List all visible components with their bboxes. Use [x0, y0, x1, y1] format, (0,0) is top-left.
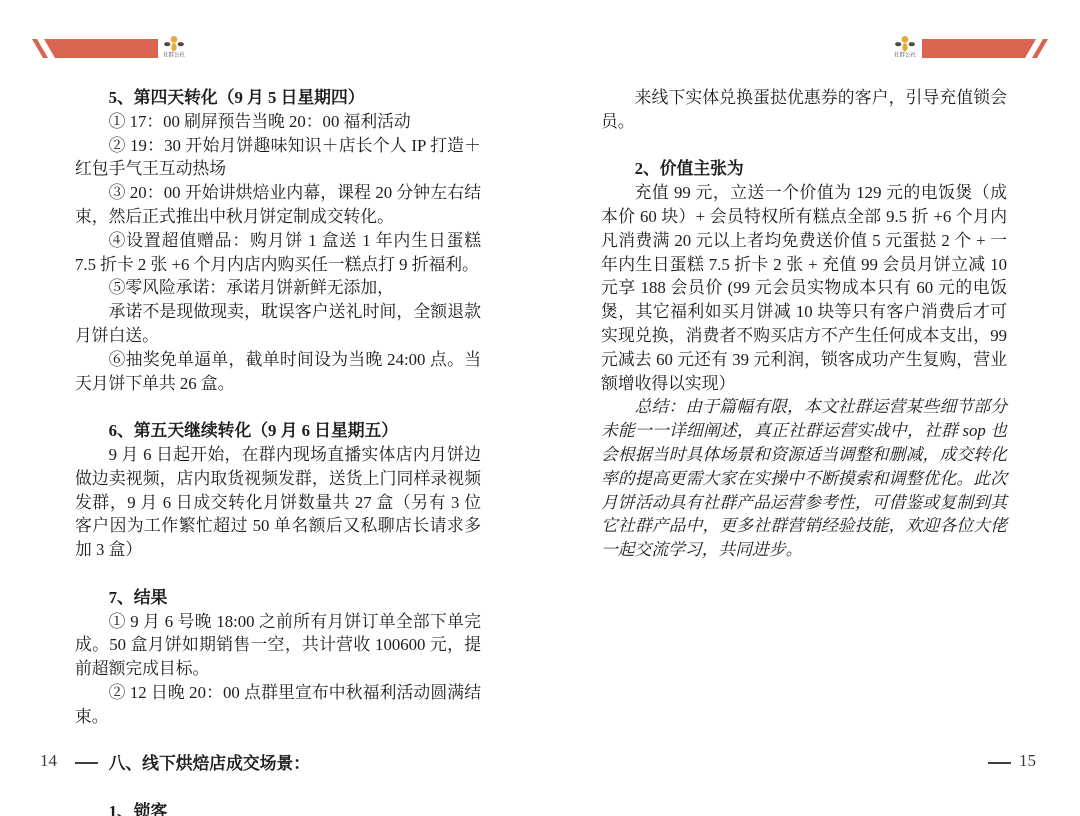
right-page-content: 来线下实体兑换蛋挞优惠券的客户，引导充值锁会员。2、价值主张为充值 99 元，立… — [601, 86, 1007, 562]
paragraph: ① 9 月 6 号晚 18:00 之前所有月饼订单全部下单完成。50 盒月饼如期… — [75, 610, 481, 681]
section-heading: 5、第四天转化（9 月 5 日星期四） — [75, 86, 481, 110]
paragraph: ⑤零风险承诺：承诺月饼新鲜无添加， — [75, 276, 481, 300]
paragraph: 承诺不是现做现卖，耽误客户送礼时间，全额退款月饼白送。 — [75, 300, 481, 348]
page-number-rule-right — [988, 762, 1011, 764]
flower-logo-icon — [162, 35, 186, 52]
flower-logo-icon — [893, 35, 917, 52]
paragraph: ③ 20：00 开始讲烘焙业内幕，课程 20 分钟左右结束，然后正式推出中秋月饼… — [75, 181, 481, 229]
section-heading: 八、线下烘焙店成交场景： — [75, 752, 481, 776]
paragraph: 来线下实体兑换蛋挞优惠券的客户，引导充值锁会员。 — [601, 86, 1007, 134]
paragraph: ⑥抽奖免单逼单，截单时间设为当晚 24:00 点。当天月饼下单共 26 盒。 — [75, 348, 481, 396]
document-spread: 社群公社 社群公社 5、第四天转化（9 月 5 日星期四）① 17：00 刷屏预… — [0, 0, 1080, 816]
paragraph: 充值 99 元，立送一个价值为 129 元的电饭煲（成本价 60 块）+ 会员特… — [601, 181, 1007, 395]
section-heading: 1、锁客 — [75, 800, 481, 816]
brand-logo-text: 社群公社 — [154, 53, 194, 59]
summary-paragraph: 总结：由于篇幅有限，本文社群运营某些细节部分未能一一详细阐述，真正社群运营实战中… — [601, 395, 1007, 562]
section-heading: 6、第五天继续转化（9 月 6 日星期五） — [75, 419, 481, 443]
paragraph: ② 12 日晚 20：00 点群里宣布中秋福利活动圆满结束。 — [75, 681, 481, 729]
banner-bar — [922, 39, 1048, 58]
paragraph: ① 17：00 刷屏预告当晚 20：00 福利活动 — [75, 110, 481, 134]
paragraph: 9 月 6 日起开始，在群内现场直播实体店内月饼边做边卖视频，店内取货视频发群，… — [75, 443, 481, 562]
header-banner-left — [32, 39, 158, 58]
brand-logo-left: 社群公社 — [152, 35, 196, 59]
banner-bar — [32, 39, 158, 58]
paragraph: ④设置超值赠品：购月饼 1 盒送 1 年内生日蛋糕 7.5 折卡 2 张 +6 … — [75, 229, 481, 277]
page-number-left: 14 — [40, 751, 57, 771]
left-page-content: 5、第四天转化（9 月 5 日星期四）① 17：00 刷屏预告当晚 20：00 … — [75, 86, 481, 816]
paragraph: ② 19：30 开始月饼趣味知识＋店长个人 IP 打造＋红包手气王互动热场 — [75, 134, 481, 182]
page-number-rule-left — [75, 762, 98, 764]
brand-logo-text: 社群公社 — [885, 53, 925, 59]
brand-logo-right: 社群公社 — [883, 35, 927, 59]
header-banner-right — [922, 39, 1048, 58]
section-heading: 2、价值主张为 — [601, 157, 1007, 181]
page-number-right: 15 — [1019, 751, 1036, 771]
section-heading: 7、结果 — [75, 586, 481, 610]
